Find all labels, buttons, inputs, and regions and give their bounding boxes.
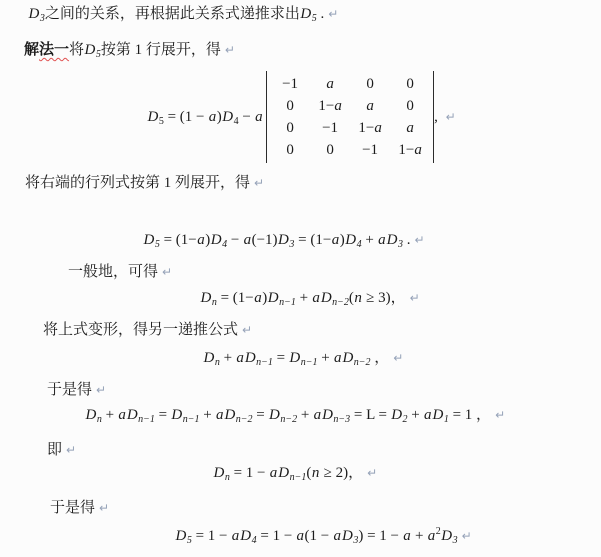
matrix-cell: 1−a — [390, 142, 430, 159]
paragraph-transform: 将上式变形，得另一递推公式↵ — [43, 321, 252, 339]
matrix-cell: 0 — [350, 76, 390, 93]
paragraph-thus-2: 于是得↵ — [50, 499, 109, 517]
matrix-cell: 0 — [270, 142, 310, 159]
formula-recurrence: Dn = (1−a)Dn−1 + aDn−2(n ≥ 3)，↵ — [200, 289, 420, 307]
matrix-cell: a — [350, 98, 390, 115]
paragraph-thus-1: 于是得↵ — [47, 381, 106, 399]
matrix-cell: a — [310, 76, 350, 93]
matrix-cell: −1 — [350, 142, 390, 159]
matrix-cell: 0 — [390, 98, 430, 115]
matrix-cell: 0 — [270, 98, 310, 115]
determinant-prefix: D5 = (1 − a)D4 − a — [147, 109, 263, 126]
matrix-cell: −1 — [270, 76, 310, 93]
matrix-cell: −1 — [310, 120, 350, 137]
matrix-cell: 0 — [270, 120, 310, 137]
matrix-cell: 0 — [310, 142, 350, 159]
formula-recurrence-alt: Dn + aDn−1 = Dn−1 + aDn−2 ，↵ — [203, 349, 403, 367]
matrix-cell: a — [390, 120, 430, 137]
formula-d5-determinant: D5 = (1 − a)D4 − a −1 a 0 0 0 1−a a 0 0 … — [147, 70, 456, 164]
determinant-suffix: , ↵ — [434, 109, 456, 126]
paragraph-solution-heading: 解法一将D5按第 1 行展开，得↵ — [24, 41, 235, 59]
determinant-matrix: −1 a 0 0 0 1−a a 0 0 −1 1−a a 0 0 −1 1−a — [266, 71, 434, 163]
formula-d5-expanded: D5 = (1−a)D4 − a(−1)D3 = (1−a)D4 + aD3 .… — [143, 231, 425, 249]
formula-dn: Dn = 1 − aDn−1(n ≥ 2)，↵ — [213, 464, 377, 482]
paragraph-generally: 一般地，可得↵ — [68, 263, 172, 281]
matrix-cell: 1−a — [350, 120, 390, 137]
paragraph-namely: 即↵ — [47, 441, 76, 459]
formula-chain: Dn + aDn−1 = Dn−1 + aDn−2 = Dn−2 + aDn−3… — [85, 406, 505, 424]
formula-d5-final: D5 = 1 − aD4 = 1 − a(1 − aD3) = 1 − a + … — [175, 527, 472, 545]
matrix-cell: 1−a — [310, 98, 350, 115]
paragraph-expand-column: 将右端的行列式按第 1 列展开，得↵ — [25, 174, 264, 192]
paragraph-intro: D3之间的关系，再根据此关系式递推求出D5 .↵ — [28, 5, 338, 23]
document-page: D3之间的关系，再根据此关系式递推求出D5 .↵ 解法一将D5按第 1 行展开，… — [0, 0, 601, 557]
matrix-cell: 0 — [390, 76, 430, 93]
